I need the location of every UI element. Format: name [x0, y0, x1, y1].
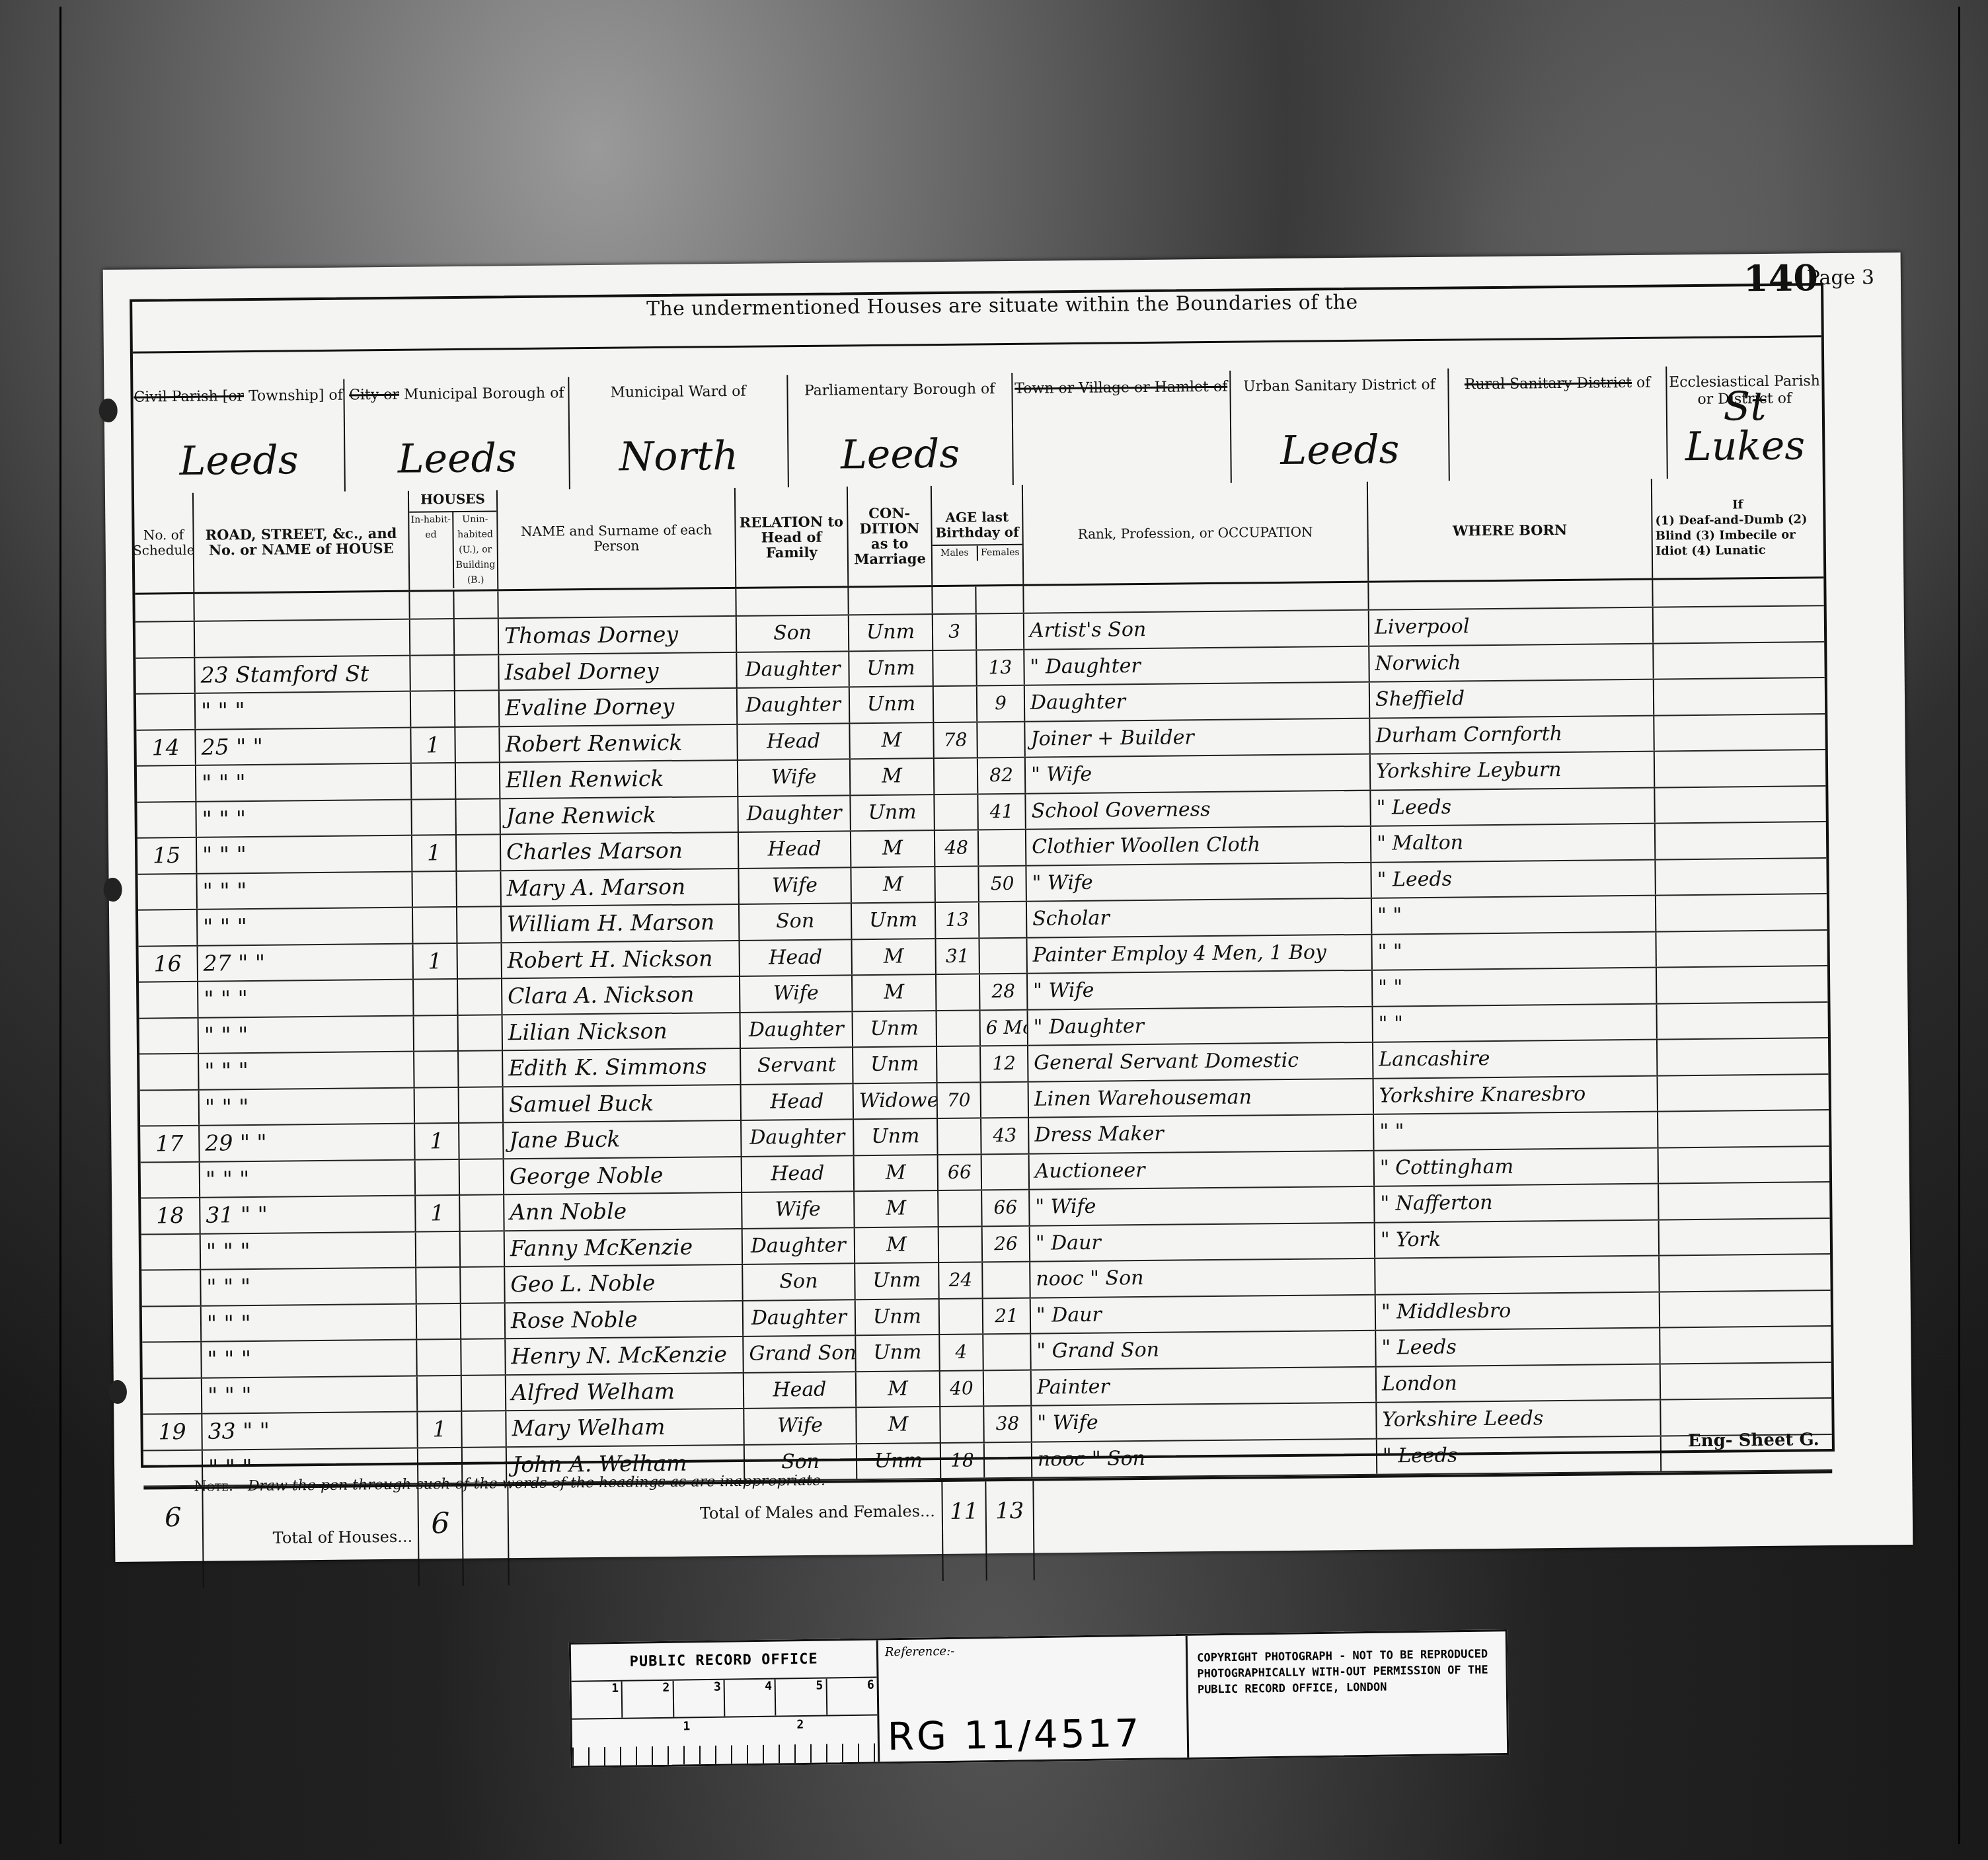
cell-female-age: 41 [978, 794, 1026, 829]
cell-road: " " " [198, 908, 413, 945]
cell-road: 33 " " [202, 1413, 418, 1450]
cell-schedule [142, 1342, 202, 1377]
cell-condition: M [857, 1407, 940, 1443]
cell-inhabited [418, 1376, 463, 1411]
header-occupation: Rank, Profession, or OCCUPATION [1023, 482, 1369, 584]
cell-name: Clara A. Nickson [502, 977, 740, 1014]
header-relation: RELATION to Head of Family [736, 486, 849, 587]
scale-cm: 123456 [572, 1678, 878, 1719]
cell-male-age [940, 1407, 985, 1442]
cell-occupation: " Wife [1032, 1403, 1377, 1442]
sheet-id: Eng- Sheet G. [1688, 1430, 1819, 1451]
cell-male-age [938, 1118, 982, 1153]
cell-male-age: 66 [938, 1155, 983, 1190]
cell-occupation: Joiner + Builder [1025, 718, 1370, 757]
cell-road: " " " [196, 800, 412, 837]
cell-born: Durham Cornforth [1370, 716, 1654, 754]
cell-name: Isabel Dorney [499, 652, 737, 689]
cell-name: Robert H. Nickson [502, 941, 740, 978]
cell-name: Thomas Dorney [499, 617, 737, 654]
cell-inhabited [414, 1052, 459, 1087]
cell-male-age [937, 1046, 981, 1081]
cell-born: " " [1372, 932, 1656, 970]
cell-female-age [983, 1335, 1032, 1370]
admin-division-value [1013, 471, 1230, 473]
cell-inhabited [410, 619, 455, 654]
punch-hole [104, 878, 122, 902]
schedule-frame: Civil Parish [or Township] ofLeedsCity o… [130, 283, 1835, 1468]
cell-female-age [979, 902, 1028, 937]
admin-division-value [1450, 467, 1667, 469]
cell-female-age [982, 1154, 1030, 1189]
cell-male-age [935, 867, 979, 902]
cell-name: Henry N. McKenzie [506, 1337, 744, 1374]
cell-condition: Unm [852, 903, 936, 939]
cell-born: " Leeds [1377, 1436, 1662, 1474]
cell-occupation: " Daughter [1024, 646, 1369, 685]
cell-female-age: 9 [977, 686, 1026, 721]
cell-schedule: 17 [140, 1126, 200, 1161]
cell-relation: Daughter [742, 1120, 854, 1155]
cell-condition: M [855, 1191, 938, 1227]
reference-label: Reference:- [885, 1645, 955, 1659]
cell-male-age: 40 [940, 1371, 985, 1406]
total-houses: 6 [418, 1487, 463, 1586]
cell-female-age: 50 [979, 866, 1027, 901]
cell-relation: Wife [739, 868, 851, 904]
cell-occupation: Clothier Woollen Cloth [1026, 827, 1371, 865]
cell-born: Yorkshire Leyburn [1371, 752, 1655, 790]
total-males: 11 [942, 1481, 987, 1581]
cell-relation: Daughter [743, 1228, 855, 1264]
admin-division-value: Leeds [134, 440, 344, 482]
cell-condition: Unm [853, 1011, 937, 1047]
cell-occupation: " Daur [1030, 1223, 1375, 1261]
total-females: 13 [986, 1481, 1034, 1581]
cell-name: Alfred Welham [506, 1373, 744, 1410]
cell-occupation: Daughter [1025, 683, 1370, 721]
cell-relation: Wife [742, 1192, 855, 1227]
header-houses-label: HOUSES [420, 492, 485, 508]
cell-female-age: 82 [978, 758, 1026, 793]
cell-inhabited [414, 1015, 459, 1050]
cell-female-age: 28 [980, 974, 1028, 1009]
header-infirmity: If (1) Deaf-and-Dumb (2) Blind (3) Imbec… [1652, 477, 1823, 578]
cell-name: Mary A. Marson [501, 869, 739, 906]
cell-male-age: 70 [938, 1083, 982, 1118]
cell-road: " " " [196, 764, 412, 801]
admin-division: Urban Sanitary District ofLeeds [1231, 369, 1450, 483]
header-condition: CON-DITION as to Marriage [848, 486, 933, 586]
cell-born: " " [1374, 1112, 1658, 1150]
cell-relation: Head [739, 832, 851, 867]
office-title: PUBLIC RECORD OFFICE [571, 1640, 877, 1682]
cell-occupation: nooc " Son [1030, 1259, 1375, 1298]
cell-inhabited [415, 1087, 460, 1122]
cell-condition: M [855, 1227, 939, 1263]
cell-schedule [142, 1306, 202, 1341]
cell-female-age [979, 938, 1028, 973]
cell-born: Sheffield [1370, 680, 1654, 718]
reference-card: PUBLIC RECORD OFFICE 123456 12 Reference… [569, 1629, 1510, 1768]
cell-inhabited [417, 1340, 462, 1375]
cell-female-age: 66 [982, 1190, 1030, 1225]
copyright-notice: COPYRIGHT PHOTOGRAPH - NOT TO BE REPRODU… [1188, 1631, 1508, 1758]
cell-inhabited [410, 656, 455, 691]
cell-condition: M [855, 1155, 938, 1191]
cell-relation: Daughter [741, 1012, 853, 1048]
cell-schedule [139, 1054, 199, 1089]
cell-born: Lancashire [1373, 1040, 1658, 1078]
header-name: NAME and Surname of each Person [498, 488, 736, 589]
cell-name: Geo L. Noble [505, 1265, 743, 1302]
admin-division: Ecclesiastical Parish or District ofSt L… [1667, 365, 1822, 479]
cell-road: 31 " " [200, 1196, 416, 1233]
scale-tick-label: 3 [673, 1680, 725, 1717]
cell-male-age: 4 [940, 1335, 984, 1370]
admin-division-value: North [570, 436, 788, 477]
cell-name: Fanny McKenzie [505, 1229, 743, 1266]
cell-condition: Unm [856, 1299, 940, 1335]
cell-born: " York [1375, 1220, 1660, 1258]
cell-relation: Wife [744, 1408, 857, 1444]
admin-division: Municipal Ward ofNorth [570, 375, 789, 489]
cell-condition: M [852, 939, 936, 975]
cell-occupation: " Grand Son [1031, 1331, 1376, 1370]
admin-division: Town or Village or Hamlet of [1013, 371, 1232, 485]
cell-relation: Son [743, 1264, 855, 1299]
cell-condition: Widower [854, 1083, 938, 1119]
cell-male-age [935, 794, 979, 830]
cell-schedule: 18 [141, 1198, 200, 1233]
header-road: ROAD, STREET, &c., and No. or NAME of HO… [194, 491, 410, 592]
cell-born: " Middlesbro [1376, 1292, 1660, 1330]
cell-schedule [137, 766, 196, 801]
cell-schedule [141, 1234, 201, 1269]
cell-occupation: " Wife [1028, 971, 1373, 1009]
cell-condition: M [853, 975, 937, 1011]
cell-occupation: Scholar [1027, 899, 1372, 937]
cell-relation: Head [744, 1372, 857, 1408]
cell-schedule: 19 [143, 1414, 202, 1450]
cell-schedule: 14 [136, 730, 196, 765]
cell-schedule [140, 1090, 200, 1125]
cell-born: " " [1373, 1004, 1657, 1042]
cell-road: " " " [196, 692, 411, 729]
punch-hole [99, 399, 118, 422]
scale-tick-label: 4 [725, 1680, 777, 1717]
cell-born [1375, 1257, 1660, 1294]
cell-male-age [938, 1190, 983, 1225]
cell-name: George Noble [504, 1157, 742, 1194]
cell-road: " " " [197, 836, 412, 873]
cell-occupation: General Servant Domestic [1028, 1043, 1373, 1081]
cell-schedule: 16 [139, 946, 198, 981]
cell-name: Lilian Nickson [503, 1013, 741, 1050]
cell-occupation: Painter [1032, 1367, 1377, 1405]
cell-occupation: Painter Employ 4 Men, 1 Boy [1027, 935, 1372, 973]
admin-division: Civil Parish [or Township] ofLeeds [133, 379, 346, 494]
cell-male-age: 24 [939, 1262, 983, 1298]
cell-occupation: Artist's Son [1024, 611, 1369, 649]
cell-road: " " " [200, 1160, 416, 1197]
cell-male-age: 78 [934, 722, 978, 757]
cell-female-age: 21 [983, 1298, 1032, 1333]
header-inhabited: In-habit-ed [409, 512, 454, 589]
cell-female-age [981, 1082, 1030, 1117]
cell-road [195, 620, 410, 657]
scale-tick-label: 6 [827, 1678, 877, 1715]
cell-condition: Unm [853, 1047, 937, 1083]
cell-male-age [933, 650, 977, 685]
cell-relation: Daughter [738, 687, 850, 723]
cell-relation: Daughter [738, 796, 851, 832]
cell-occupation: Dress Maker [1029, 1115, 1374, 1153]
scale-tick-label: 1 [572, 1682, 623, 1719]
cell-female-age: 43 [981, 1118, 1030, 1153]
cell-schedule [136, 694, 196, 729]
cell-schedule: 15 [137, 838, 197, 873]
cell-inhabited: 1 [411, 728, 456, 763]
header-where-born: WHERE BORN [1368, 479, 1653, 581]
header-uninhabited: Unin-habited (U.), or Building (B.) [453, 512, 497, 588]
scale-inch: 12 [572, 1715, 878, 1765]
cell-born: " Nafferton [1375, 1184, 1659, 1222]
cell-female-age [984, 1370, 1032, 1405]
cell-condition: Unm [850, 687, 934, 722]
admin-division: City or Municipal Borough ofLeeds [345, 377, 571, 491]
cell-name: Jane Buck [504, 1121, 742, 1158]
cell-road: " " " [202, 1376, 418, 1413]
cell-schedule [139, 982, 198, 1017]
cell-male-age: 3 [933, 614, 977, 649]
total-houses-label: Total of Houses... [203, 1487, 419, 1588]
cell-born: Liverpool [1369, 608, 1654, 646]
scale-tick-label: 1 [683, 1719, 690, 1733]
cell-road: " " " [201, 1232, 416, 1269]
cell-born: " Leeds [1371, 860, 1656, 898]
cell-inhabited [414, 980, 459, 1015]
table-body: Thomas DorneySonUnm3Artist's SonLiverpoo… [135, 578, 1832, 1487]
cell-born: " " [1372, 896, 1656, 934]
cell-schedule [137, 802, 196, 837]
cell-relation: Son [737, 615, 849, 651]
cell-condition: Unm [849, 651, 933, 687]
header-schedule: No. of Schedule [134, 493, 194, 593]
cell-condition: M [857, 1372, 940, 1407]
cell-relation: Head [742, 1084, 854, 1120]
cell-condition: Unm [856, 1335, 940, 1371]
cell-inhabited [416, 1159, 461, 1194]
cell-road: " " " [199, 1052, 414, 1089]
cell-born: Yorkshire Leeds [1377, 1401, 1661, 1438]
header-houses: HOUSES In-habit-ed Unin-habited (U.), or… [409, 490, 498, 590]
cell-male-age: 31 [936, 939, 980, 974]
cell-occupation: " Daughter [1028, 1007, 1373, 1045]
cell-male-age [937, 974, 981, 1009]
cell-born: " " [1373, 968, 1657, 1006]
cell-born: " Cottingham [1375, 1148, 1659, 1186]
cell-occupation: " Wife [1030, 1187, 1375, 1225]
scale-tick-label: 5 [776, 1678, 827, 1715]
cell-name: Ann Noble [504, 1193, 742, 1230]
total-persons-label: Total of Males and Females... [508, 1482, 943, 1585]
header-age: AGE last Birthday of Males Females [932, 485, 1024, 585]
admin-division-value: Leeds [1231, 430, 1449, 471]
cell-condition: Unm [849, 615, 933, 650]
cell-female-age: 12 [981, 1046, 1029, 1081]
cell-relation: Head [740, 940, 852, 976]
cell-road: 25 " " [196, 728, 411, 765]
cell-inhabited: 1 [415, 1124, 460, 1159]
cell-female-age [977, 614, 1025, 649]
cell-female-age: 6 Mo [980, 1010, 1028, 1045]
admin-division-value: Leeds [788, 434, 1013, 475]
cell-female-age [983, 1262, 1031, 1298]
cell-inhabited [416, 1231, 461, 1266]
cell-occupation: nooc " Son [1032, 1439, 1377, 1477]
cell-name: Mary Welham [506, 1409, 744, 1446]
cell-name: Edith K. Simmons [503, 1049, 741, 1086]
cell-inhabited [412, 763, 457, 798]
cell-road: 27 " " [198, 944, 414, 981]
cell-male-age: 48 [935, 830, 979, 865]
cell-road: " " " [201, 1268, 416, 1305]
cell-condition: Unm [854, 1119, 938, 1155]
cell-condition: M [851, 867, 935, 903]
table-header: No. of Schedule ROAD, STREET, &c., and N… [134, 477, 1823, 595]
cell-inhabited [413, 908, 458, 943]
cell-inhabited: 1 [413, 943, 458, 978]
cell-relation: Wife [738, 759, 851, 795]
header-age-label: AGE last Birthday of [932, 509, 1022, 540]
cell-relation: Servant [741, 1048, 853, 1083]
cell-name: Robert Renwick [500, 724, 738, 761]
cell-inhabited [416, 1268, 461, 1303]
total-schedules: 6 [143, 1489, 204, 1589]
cell-female-age [979, 830, 1027, 865]
cell-name: Jane Renwick [500, 796, 738, 833]
cell-road: " " " [198, 980, 414, 1017]
cell-born: Yorkshire Knaresbro [1374, 1076, 1658, 1114]
cell-name: Evaline Dorney [500, 689, 738, 726]
cell-relation: Son [740, 904, 852, 939]
cell-born: London [1377, 1364, 1661, 1402]
cell-male-age [934, 686, 978, 721]
cell-condition: Unm [855, 1263, 939, 1299]
cell-occupation: Auctioneer [1030, 1151, 1375, 1189]
cell-male-age: 13 [936, 902, 980, 937]
cell-schedule [137, 874, 197, 909]
cell-inhabited [411, 691, 456, 726]
cell-condition: Unm [857, 1444, 941, 1479]
cell-schedule [143, 1378, 202, 1413]
cell-relation: Head [742, 1156, 855, 1192]
cell-schedule [135, 658, 195, 693]
header-males: Males [933, 545, 978, 561]
cell-occupation: " Wife [1026, 755, 1371, 793]
cell-road: " " " [202, 1340, 417, 1377]
cell-road: 23 Stamford St [195, 656, 410, 693]
cell-male-age: 18 [941, 1443, 985, 1478]
cell-road: " " " [199, 1016, 414, 1053]
admin-divisions: Civil Parish [or Township] ofLeedsCity o… [133, 365, 1823, 494]
cell-occupation: " Daur [1031, 1295, 1376, 1333]
cell-name: Rose Noble [506, 1301, 744, 1338]
cell-male-age [935, 758, 979, 793]
cell-male-age [940, 1299, 984, 1334]
household-table: No. of Schedule ROAD, STREET, &c., and N… [134, 477, 1833, 1588]
punch-hole [108, 1380, 127, 1404]
cell-occupation: School Governess [1026, 791, 1371, 829]
cell-schedule [138, 910, 198, 945]
cell-relation: Head [738, 724, 850, 759]
cell-female-age [977, 722, 1026, 757]
admin-division-value: St Lukes [1667, 386, 1823, 467]
cell-inhabited: 1 [416, 1196, 461, 1231]
cell-road: " " " [197, 872, 412, 909]
header-females: Females [978, 545, 1022, 561]
cell-relation: Daughter [737, 652, 849, 687]
cell-schedule [139, 1018, 199, 1053]
cell-inhabited [412, 871, 457, 906]
cell-name: Ellen Renwick [500, 761, 738, 798]
scale-tick-label: 2 [623, 1681, 674, 1718]
cell-inhabited [417, 1303, 462, 1338]
cell-born: " Leeds [1371, 788, 1655, 826]
cell-condition: M [851, 759, 935, 794]
cell-condition: M [850, 723, 934, 759]
cell-male-age [939, 1227, 983, 1262]
cell-road: " " " [202, 1304, 417, 1341]
cell-name: Samuel Buck [504, 1085, 742, 1122]
cell-inhabited: 1 [418, 1412, 463, 1447]
cell-male-age [937, 1011, 981, 1046]
cell-female-age [985, 1442, 1033, 1477]
cell-name: William H. Marson [502, 905, 740, 942]
cell-condition: Unm [851, 795, 935, 831]
cell-inhabited [412, 800, 457, 835]
admin-division: Parliamentary Borough ofLeeds [788, 373, 1014, 487]
cell-road: " " " [200, 1088, 415, 1125]
cell-schedule [135, 622, 195, 657]
cell-occupation: " Wife [1026, 863, 1371, 901]
cell-female-age: 26 [983, 1226, 1031, 1261]
admin-division: Rural Sanitary District of [1449, 366, 1668, 481]
reference-box: Reference:- RG 11/4517 [878, 1636, 1190, 1762]
cell-female-age: 38 [984, 1407, 1032, 1442]
cell-relation: Grand Son [744, 1336, 856, 1372]
cell-name: Charles Marson [501, 833, 739, 870]
cell-schedule [141, 1162, 200, 1197]
cell-born: Norwich [1369, 644, 1654, 681]
cell-inhabited: 1 [412, 835, 457, 871]
cell-schedule [141, 1270, 201, 1305]
cell-condition: M [851, 831, 935, 867]
reference-number: RG 11/4517 [887, 1711, 1142, 1759]
cell-road: 29 " " [200, 1124, 415, 1161]
cell-born: " Leeds [1376, 1329, 1660, 1366]
cell-relation: Daughter [744, 1300, 856, 1336]
census-page: The undermentioned Houses are situate wi… [103, 252, 1913, 1562]
admin-division-value: Leeds [345, 438, 569, 479]
scale-tick-label: 2 [796, 1718, 804, 1732]
public-record-office-scale: PUBLIC RECORD OFFICE 123456 12 [571, 1640, 880, 1765]
cell-born: " Malton [1371, 824, 1656, 862]
cell-relation: Wife [740, 976, 853, 1011]
cell-occupation: Linen Warehouseman [1029, 1079, 1374, 1117]
cell-female-age: 13 [977, 650, 1025, 685]
